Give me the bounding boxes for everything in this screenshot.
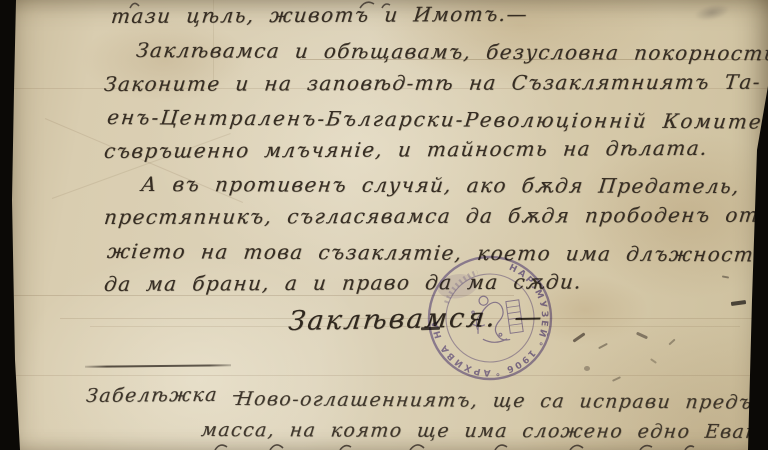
ink-smudge xyxy=(650,358,657,364)
aged-paper-sheet: тази цѣль, животъ и Имотъ.— Заклѣвамса и… xyxy=(0,0,768,450)
handwritten-line-6: А въ противенъ случяй, ако бѫдя Предател… xyxy=(140,172,768,198)
note-line-2: масса, на която ще има сложено едно Еван… xyxy=(200,419,768,443)
ink-smudge xyxy=(584,366,590,371)
clipped-top-line-fragment xyxy=(120,0,400,9)
ink-dash xyxy=(731,300,746,306)
note-label: Забелѣжка – xyxy=(85,384,244,407)
ink-smudge xyxy=(636,332,648,340)
scanned-document-photo: { "page": { "background_color": "#0b0906… xyxy=(0,0,768,450)
clipped-bottom-line-fragment xyxy=(210,441,710,450)
ink-smudge xyxy=(668,339,675,346)
ink-smudge xyxy=(612,376,621,382)
stamp-emblem-figure xyxy=(469,291,524,345)
svg-text:АРХИВА НА: АРХИВА НА xyxy=(430,312,492,385)
handwritten-line-5: съвръшенно млъчяніе, и тайность на дѣлат… xyxy=(103,136,709,163)
faint-pencil-mark xyxy=(693,1,731,23)
note-line-1: Ново-оглашенниятъ, ще са исправи предъ е… xyxy=(235,388,768,414)
ink-smudge xyxy=(572,332,585,342)
ink-smudge xyxy=(598,343,608,349)
ink-speck xyxy=(722,275,729,278)
handwritten-line-3: Законите и на заповѣд-тѣ на Съзаклятният… xyxy=(103,70,762,96)
fold-crease xyxy=(14,375,768,376)
stamp-arc-left-text: АРХИВА НА xyxy=(430,312,492,385)
handwritten-line-2: Заклѣвамса и обѣщавамъ, безусловна покор… xyxy=(135,38,768,66)
handwritten-line-7: престяпникъ, съгласявамса да бѫдя пробод… xyxy=(103,202,768,229)
handdrawn-divider-line xyxy=(85,364,231,368)
archive-museum-stamp: НАР.МУЗЕЙ ° 1906 ° АРХИВА НА xyxy=(415,243,564,392)
handwritten-line-4: енъ-Централенъ-Български-Революціонній К… xyxy=(106,105,768,134)
stamp-outer-ring xyxy=(421,249,559,387)
